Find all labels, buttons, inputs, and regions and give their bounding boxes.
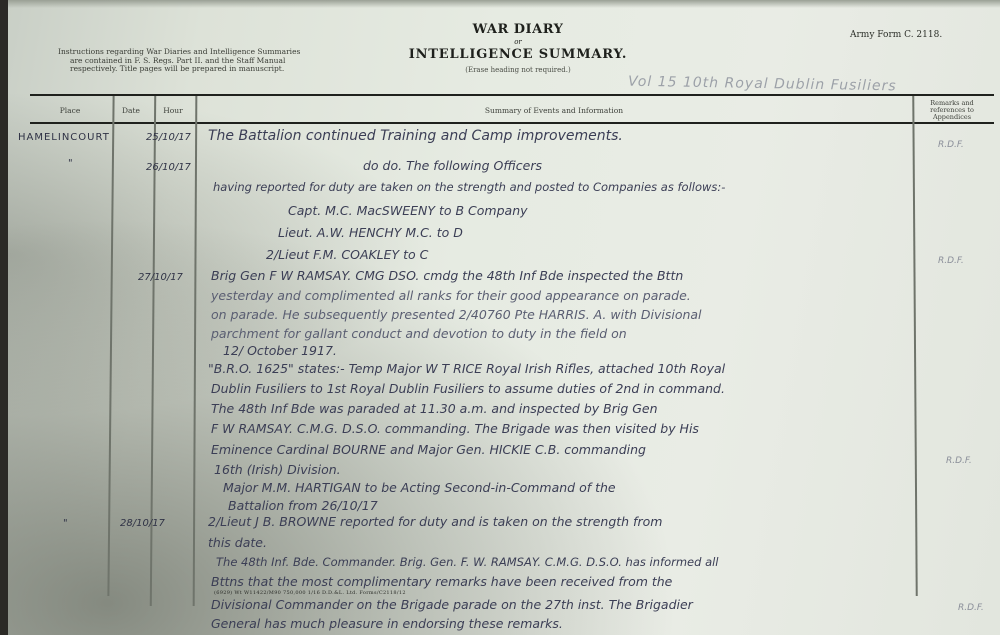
column-header-summary: Summary of Events and Information: [194, 98, 914, 122]
page-top-edge: [8, 0, 1000, 8]
form-title-block: WAR DIARY or INTELLIGENCE SUMMARY. (Eras…: [388, 22, 648, 74]
title-war-diary: WAR DIARY: [388, 22, 648, 37]
entry-line: Bttns that the most complimentary remark…: [211, 574, 672, 589]
entry-line: The 48th Inf. Bde. Commander. Brig. Gen.…: [216, 555, 719, 569]
entry-line: Brig Gen F W RAMSAY. CMG DSO. cmdg the 4…: [211, 268, 683, 283]
title-intelligence-summary: INTELLIGENCE SUMMARY.: [388, 47, 648, 62]
entry-line: having reported for duty are taken on th…: [213, 180, 725, 194]
entry-line: F W RAMSAY. C.M.G. D.S.O. commanding. Th…: [211, 421, 699, 436]
entry-line: Dublin Fusiliers to 1st Royal Dublin Fus…: [211, 381, 725, 396]
entry-line: Capt. M.C. MacSWEENY to B Company: [288, 203, 528, 218]
handwritten-unit-heading: Vol 15 10th Royal Dublin Fusiliers: [628, 74, 897, 95]
column-divider-place: [107, 96, 114, 596]
entry-line: "B.R.O. 1625" states:- Temp Major W T RI…: [208, 361, 725, 376]
form-instructions: Instructions regarding War Diaries and I…: [58, 48, 310, 74]
entry-line: Major M.M. HARTIGAN to be Acting Second-…: [223, 480, 616, 495]
army-form-number: Army Form C. 2118.: [850, 30, 942, 40]
column-header-date: Date: [110, 98, 152, 122]
entry-line: 16th (Irish) Division.: [214, 462, 341, 477]
entry-date: 26/10/17: [146, 162, 191, 173]
entry-line: The Battalion continued Training and Cam…: [208, 128, 623, 144]
war-diary-page: Instructions regarding War Diaries and I…: [8, 0, 1000, 635]
entry-line: The 48th Inf Bde was paraded at 11.30 a.…: [211, 401, 658, 416]
entry-line: on parade. He subsequently presented 2/4…: [211, 307, 702, 322]
entry-line: Battalion from 26/10/17: [228, 498, 378, 513]
entry-date: 28/10/17: [120, 518, 165, 529]
entry-line: 2/Lieut F.M. COAKLEY to C: [266, 247, 428, 262]
entry-line: General has much pleasure in endorsing t…: [211, 616, 563, 631]
column-header-place: Place: [30, 98, 110, 122]
title-or: or: [388, 38, 648, 46]
column-divider-remarks: [912, 96, 917, 596]
header-top-rule: [30, 94, 994, 96]
entry-line: Lieut. A.W. HENCHY M.C. to D: [278, 225, 463, 240]
column-header-hour: Hour: [152, 98, 194, 122]
entry-line: Divisional Commander on the Brigade para…: [211, 597, 693, 612]
entry-place: HAMELINCOURT: [18, 132, 110, 143]
column-divider-hour: [193, 96, 197, 606]
entry-date: 25/10/17: [146, 132, 191, 143]
column-header-remarks: Remarks and references to Appendices: [916, 98, 988, 122]
entry-line: this date.: [208, 535, 267, 550]
entry-place: ": [63, 518, 69, 529]
entry-place: ": [68, 158, 74, 169]
title-erase-note: (Erase heading not required.): [388, 66, 648, 74]
printer-imprint: (6929) Wt W11422/M90 750,000 1/16 D.D.&L…: [214, 590, 406, 596]
remarks-note: R.D.F.: [938, 256, 964, 266]
header-bottom-rule: [30, 122, 994, 124]
entry-date: 27/10/17: [138, 272, 183, 283]
remarks-note: R.D.F.: [946, 456, 972, 466]
remarks-note: R.D.F.: [938, 140, 964, 150]
entry-line: Eminence Cardinal BOURNE and Major Gen. …: [211, 442, 646, 457]
entry-line: do do. The following Officers: [363, 158, 542, 173]
entry-line: yesterday and complimented all ranks for…: [211, 288, 691, 303]
remarks-note: R.D.F.: [958, 603, 984, 613]
entry-line: parchment for gallant conduct and devoti…: [211, 326, 627, 341]
entry-line: 2/Lieut J B. BROWNE reported for duty an…: [208, 514, 662, 529]
entry-line: 12/ October 1917.: [223, 343, 337, 358]
